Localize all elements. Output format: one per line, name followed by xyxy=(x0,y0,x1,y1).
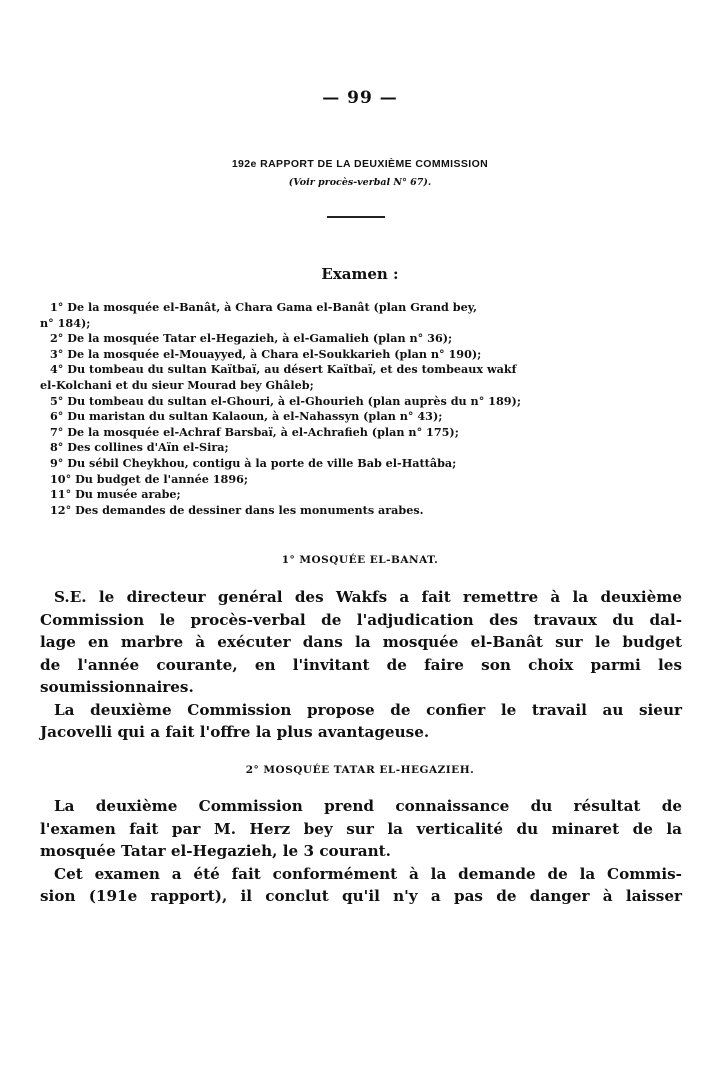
section-body-tatar: La deuxième Commission prend connaissanc… xyxy=(40,795,682,908)
paragraph-line: La deuxième Commission prend connaissanc… xyxy=(40,795,682,818)
exam-item: 11° Du musée arabe; xyxy=(40,487,682,503)
separator-rule xyxy=(327,216,385,218)
exam-item: 8° Des collines d'Aïn el-Sira; xyxy=(40,440,682,456)
paragraph-line: S.E. le directeur genéral des Wakfs a fa… xyxy=(40,586,682,609)
paragraph-line: La deuxième Commission propose de confie… xyxy=(40,699,682,722)
paragraph-line: sion (191e rapport), il conclut qu'il n'… xyxy=(40,885,682,908)
paragraph-line: Jacovelli qui a fait l'offre la plus ava… xyxy=(40,721,682,744)
paragraph-line: Cet examen a été fait conformément à la … xyxy=(40,863,682,886)
exam-item: 1° De la mosquée el-Banât, à Chara Gama … xyxy=(40,300,682,316)
page-number: — 99 — xyxy=(0,88,720,108)
section-heading-examen: Examen : xyxy=(0,265,720,283)
exam-item-continuation: n° 184); xyxy=(40,316,682,332)
paragraph-line: soumissionnaires. xyxy=(40,676,682,699)
exam-item-continuation: el-Kolchani et du sieur Mourad bey Ghâle… xyxy=(40,378,682,394)
paragraph-line: de l'année courante, en l'invitant de fa… xyxy=(40,654,682,677)
exam-item: 12° Des demandes de dessiner dans les mo… xyxy=(40,503,682,519)
paragraph-line: l'examen fait par M. Herz bey sur la ver… xyxy=(40,818,682,841)
exam-item: 5° Du tombeau du sultan el-Ghouri, à el-… xyxy=(40,394,682,410)
report-reference: (Voir procès-verbal N° 67). xyxy=(0,177,720,188)
exam-item: 2° De la mosquée Tatar el-Hegazieh, à el… xyxy=(40,331,682,347)
exam-item: 9° Du sébil Cheykhou, contigu à la porte… xyxy=(40,456,682,472)
exam-item: 4° Du tombeau du sultan Kaïtbaï, au dése… xyxy=(40,362,682,378)
paragraph-line: lage en marbre à exécuter dans la mosqué… xyxy=(40,631,682,654)
exam-item: 10° Du budget de l'année 1896; xyxy=(40,472,682,488)
subheading-mosquee-tatar: 2° MOSQUÉE TATAR EL-HEGAZIEH. xyxy=(0,764,720,776)
paragraph-line: mosquée Tatar el-Hegazieh, le 3 courant. xyxy=(40,840,682,863)
section-body-el-banat: S.E. le directeur genéral des Wakfs a fa… xyxy=(40,586,682,744)
exam-item: 6° Du maristan du sultan Kalaoun, à el-N… xyxy=(40,409,682,425)
exam-item: 7° De la mosquée el-Achraf Barsbaï, à el… xyxy=(40,425,682,441)
paragraph-line: Commission le procès-verbal de l'adjudic… xyxy=(40,609,682,632)
exam-item: 3° De la mosquée el-Mouayyed, à Chara el… xyxy=(40,347,682,363)
exam-list: 1° De la mosquée el-Banât, à Chara Gama … xyxy=(40,300,682,518)
report-title: 192e RAPPORT DE LA DEUXIÈME COMMISSION xyxy=(0,158,720,170)
subheading-mosquee-el-banat: 1° MOSQUÉE EL-BANAT. xyxy=(0,554,720,566)
